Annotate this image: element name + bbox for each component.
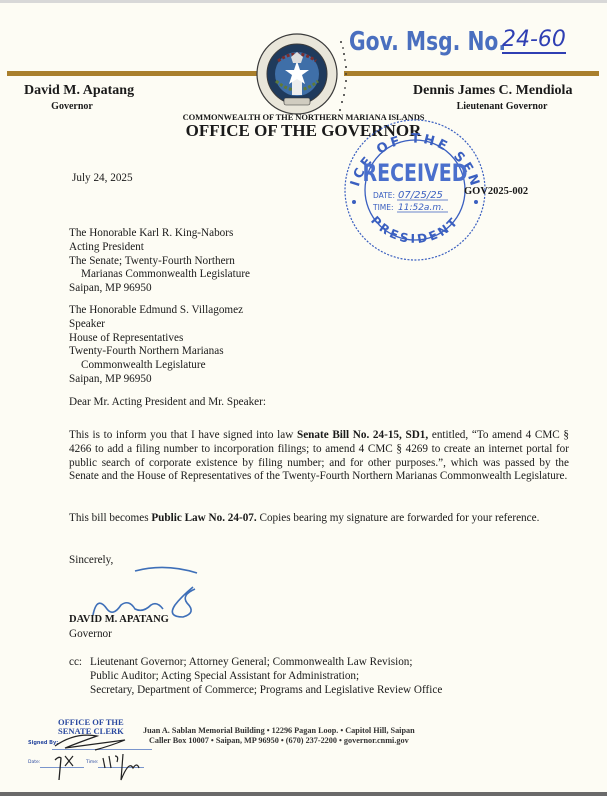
svg-text:TIME:: TIME: xyxy=(372,203,394,212)
recipient-1-line: The Honorable Karl R. King-Nabors xyxy=(69,227,250,241)
cc-line: Public Auditor; Acting Special Assistant… xyxy=(90,670,359,684)
cc-line: Secretary, Department of Commerce; Progr… xyxy=(90,684,442,698)
page-bottom-edge xyxy=(0,792,607,796)
governor-title: Governor xyxy=(24,101,120,112)
footer-line: Juan A. Sablan Memorial Building • 12296… xyxy=(143,726,415,736)
stamp-received-text: RECEIVED xyxy=(362,160,467,188)
official-seal-icon xyxy=(256,33,338,115)
gov-msg-label: Gov. Msg. No. xyxy=(349,27,506,57)
governor-name: David M. Apatang xyxy=(24,83,134,99)
cc-label: cc: xyxy=(69,656,82,670)
body-paragraph-1: This is to inform you that I have signed… xyxy=(69,429,569,484)
letterhead-rule-right xyxy=(344,71,599,76)
recipient-2-address: The Honorable Edmund S. Villagomez Speak… xyxy=(69,304,243,387)
page-top-edge xyxy=(0,0,607,3)
recipient-2-line: Twenty-Fourth Northern Marianas xyxy=(69,345,243,359)
senate-bill-number: Senate Bill No. 24-15, SD1, xyxy=(297,429,428,441)
salutation: Dear Mr. Acting President and Mr. Speake… xyxy=(69,396,266,410)
paragraph-1-intro: This is to inform you that I have signed… xyxy=(69,429,297,441)
lt-governor-name: Dennis James C. Mendiola xyxy=(413,83,572,99)
stamp-outer-bottom-text: PRESIDENT xyxy=(368,213,462,246)
svg-text:07/25/25: 07/25/25 xyxy=(398,190,443,201)
svg-text:PRESIDENT: PRESIDENT xyxy=(368,213,462,246)
recipient-1-address: The Honorable Karl R. King-Nabors Acting… xyxy=(69,227,250,296)
recipient-2-line: The Honorable Edmund S. Villagomez xyxy=(69,304,243,318)
footer-address: Juan A. Sablan Memorial Building • 12296… xyxy=(143,726,415,746)
office-heading: OFFICE OF THE GOVERNOR xyxy=(0,121,607,141)
recipient-2-line: House of Representatives xyxy=(69,332,243,346)
body-paragraph-2: This bill becomes Public Law No. 24-07. … xyxy=(69,512,569,526)
svg-text:11:52a.m.: 11:52a.m. xyxy=(398,203,444,213)
cc-line: Lieutenant Governor; Attorney General; C… xyxy=(90,656,413,670)
gov-msg-number: 24-60 xyxy=(502,28,566,54)
recipient-1-line: Acting President xyxy=(69,241,250,255)
footer-line: Caller Box 10007 • Saipan, MP 96950 • (6… xyxy=(143,736,415,746)
recipient-1-line: Marianas Commonwealth Legislature xyxy=(69,268,250,282)
recipient-2-line: Saipan, MP 96950 xyxy=(69,373,243,387)
signer-title: Governor xyxy=(69,628,112,642)
paragraph-2-body: Copies bearing my signature are forwarde… xyxy=(257,512,540,524)
reference-number: GOV2025-002 xyxy=(464,186,528,197)
paragraph-2-intro: This bill becomes xyxy=(69,512,151,524)
signer-name: DAVID M. APATANG xyxy=(69,614,169,625)
letterhead-rule-left xyxy=(7,71,257,76)
public-law-number: Public Law No. 24-07. xyxy=(151,512,256,524)
recipient-2-line: Speaker xyxy=(69,318,243,332)
recipient-1-line: Saipan, MP 96950 xyxy=(69,282,250,296)
recipient-2-line: Commonwealth Legislature xyxy=(69,359,243,373)
svg-text:DATE:: DATE: xyxy=(373,191,395,200)
recipient-1-line: The Senate; Twenty-Fourth Northern xyxy=(69,255,250,269)
letter-date: July 24, 2025 xyxy=(72,172,133,186)
